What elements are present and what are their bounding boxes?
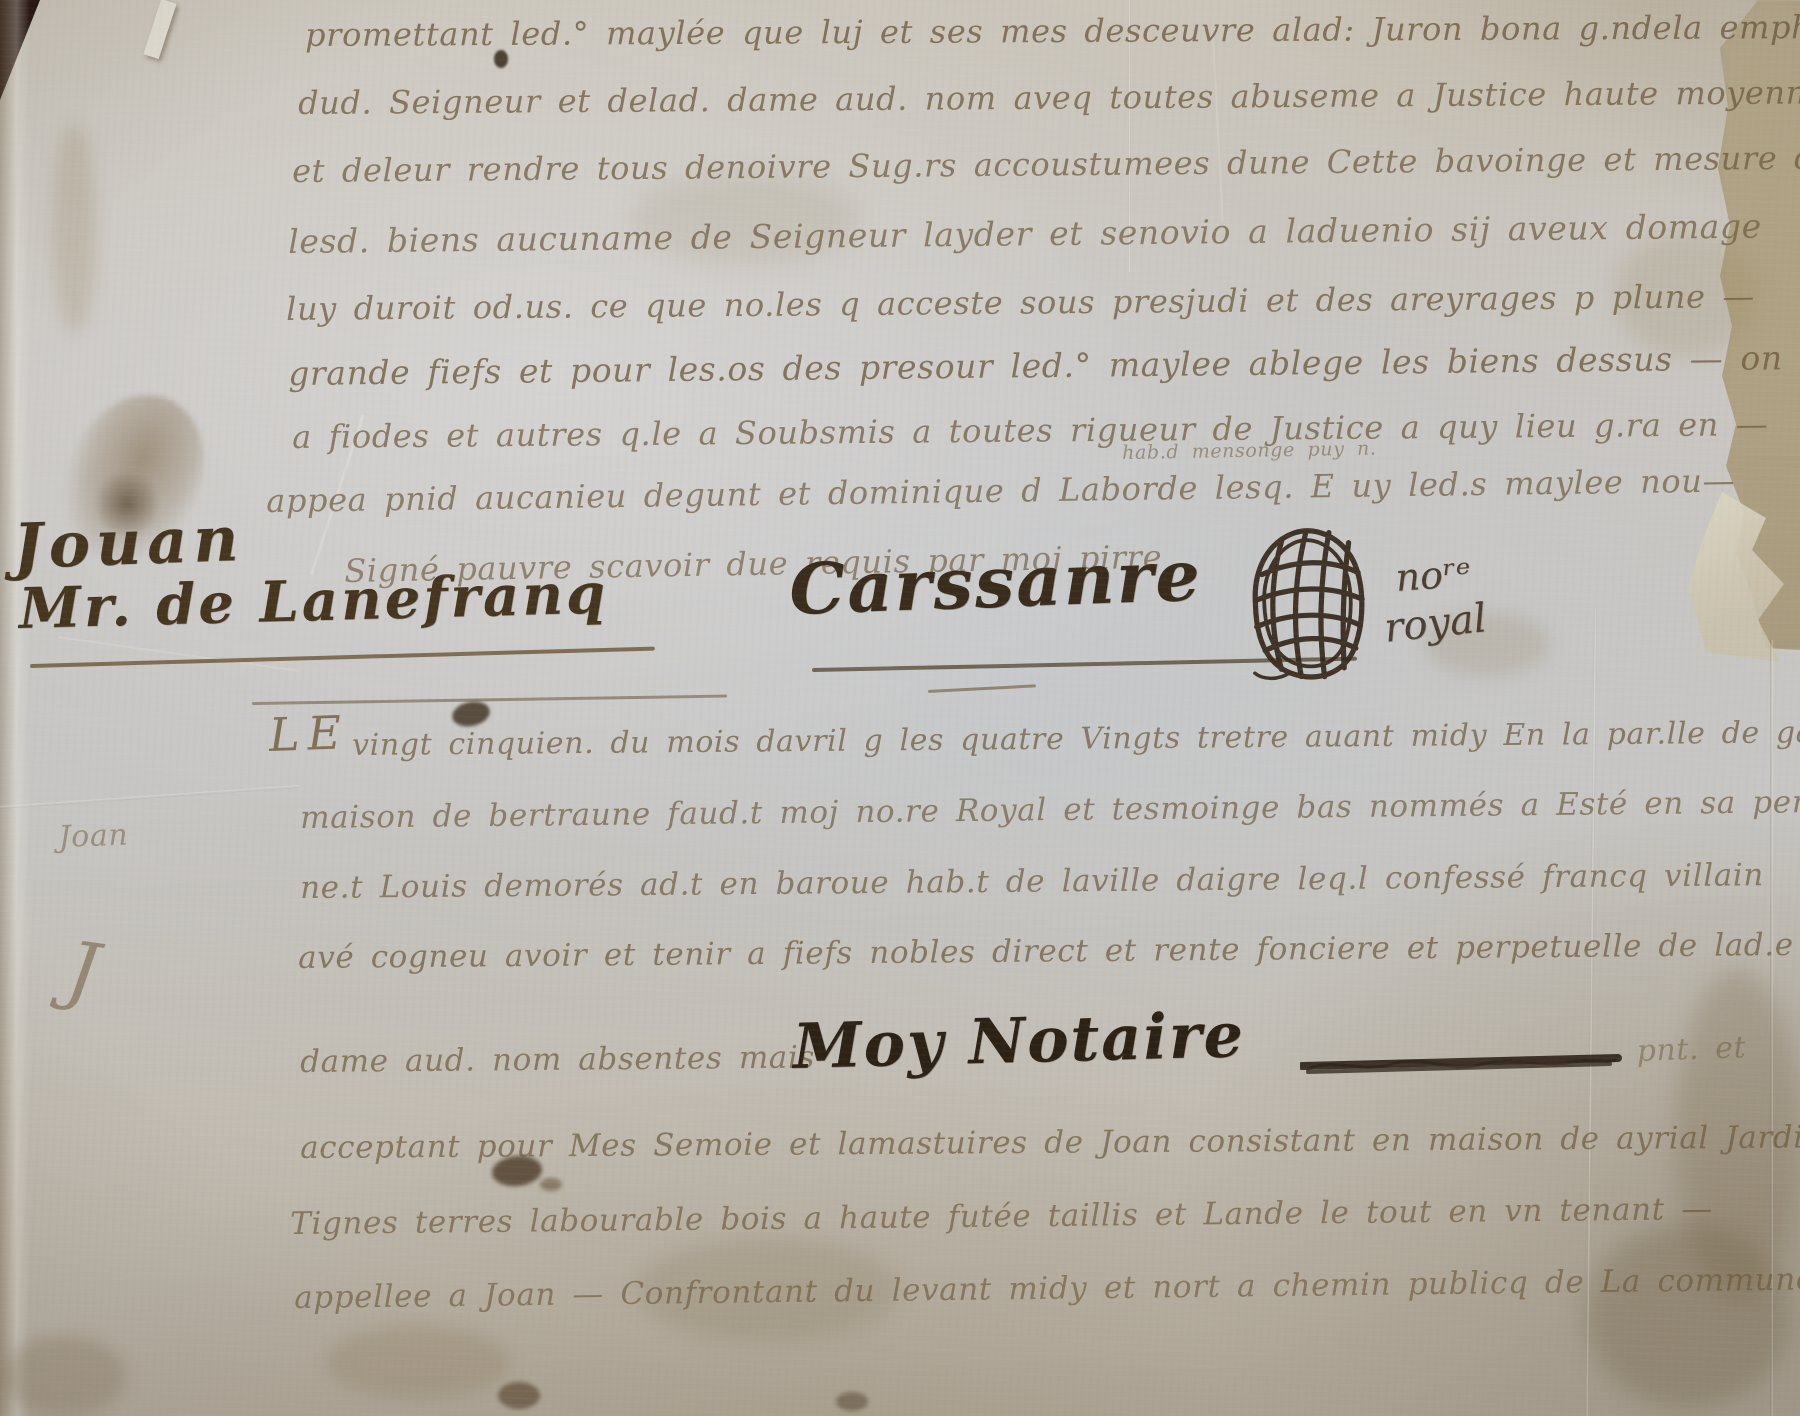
interlinear-insertion: hab.d mensonge puy n.: [1122, 438, 1377, 464]
signature-flourish-underline: [252, 695, 727, 705]
body-line: appea pnid aucanieu degunt et dominique …: [266, 461, 1735, 520]
body-line: promettant led.° maylée que luj et ses m…: [305, 7, 1800, 54]
notary-signature: Carssanre: [788, 534, 1203, 631]
stain: [498, 1382, 540, 1409]
date-initial: LE: [268, 705, 350, 762]
date-line: dame aud. nom absentes mais: [300, 1040, 815, 1080]
crease-line: [1770, 640, 1773, 1416]
party-signature-title: Mr. de Lanefranq: [18, 561, 609, 642]
manuscript-page: promettant led.° maylée que luj et ses m…: [0, 0, 1800, 1416]
date-line: ne.t Louis demorés ad.t en baroue hab.t …: [300, 857, 1764, 906]
signature-flourish-underline: [30, 647, 655, 668]
strikethrough-scribble: [1300, 1036, 1630, 1092]
date-line: acceptant pour Mes Semoie et lamastuires…: [300, 1119, 1800, 1166]
crease-line: [1212, 36, 1224, 222]
body-line: grande fiefs et pour les.os des presour …: [288, 338, 1783, 393]
date-line: Tignes terres labourable bois a haute fu…: [290, 1191, 1713, 1242]
crease-line: [0, 785, 299, 809]
crease-line: [58, 636, 300, 672]
ink-blot: [450, 698, 492, 729]
body-line: luy duroit od.us. ce que no.les q accest…: [286, 277, 1755, 328]
margin-note: Joan: [58, 818, 129, 855]
margin-paraph: J: [62, 924, 105, 1016]
flourish-dash: [928, 684, 1036, 693]
date-line: avé cogneu avoir et tenir a fiefs nobles…: [298, 927, 1794, 976]
stain: [0, 1336, 126, 1416]
date-line: appellee a Joan — Confrontant du levant …: [294, 1261, 1800, 1316]
top-edge-fold: [143, 0, 176, 59]
emphasis-moy-notaire: Moy Notaire: [792, 998, 1246, 1083]
stain: [540, 1178, 562, 1191]
post-correction-note: pnt. et: [1636, 1030, 1747, 1069]
notary-title-line1: noʳᵉ: [1394, 551, 1472, 600]
date-line: vingt cinquien. du mois davril g les qua…: [352, 714, 1800, 763]
date-line: maison de bertraune faud.t moj no.re Roy…: [300, 783, 1800, 836]
stain: [836, 1392, 868, 1411]
stain: [326, 1326, 510, 1398]
stain: [52, 124, 96, 332]
left-sheet-edge: [0, 0, 30, 1416]
body-line: a fiodes et autres q.le a Soubsmis a tou…: [292, 405, 1768, 456]
notary-ruche-mark-icon: [1237, 521, 1394, 691]
body-line: lesd. biens aucuname de Seigneur layder …: [288, 207, 1762, 261]
body-line: et deleur rendre tous denoivre Sug.rs ac…: [292, 137, 1800, 190]
body-line: dud. Seigneur et delad. dame aud. nom av…: [298, 72, 1800, 122]
